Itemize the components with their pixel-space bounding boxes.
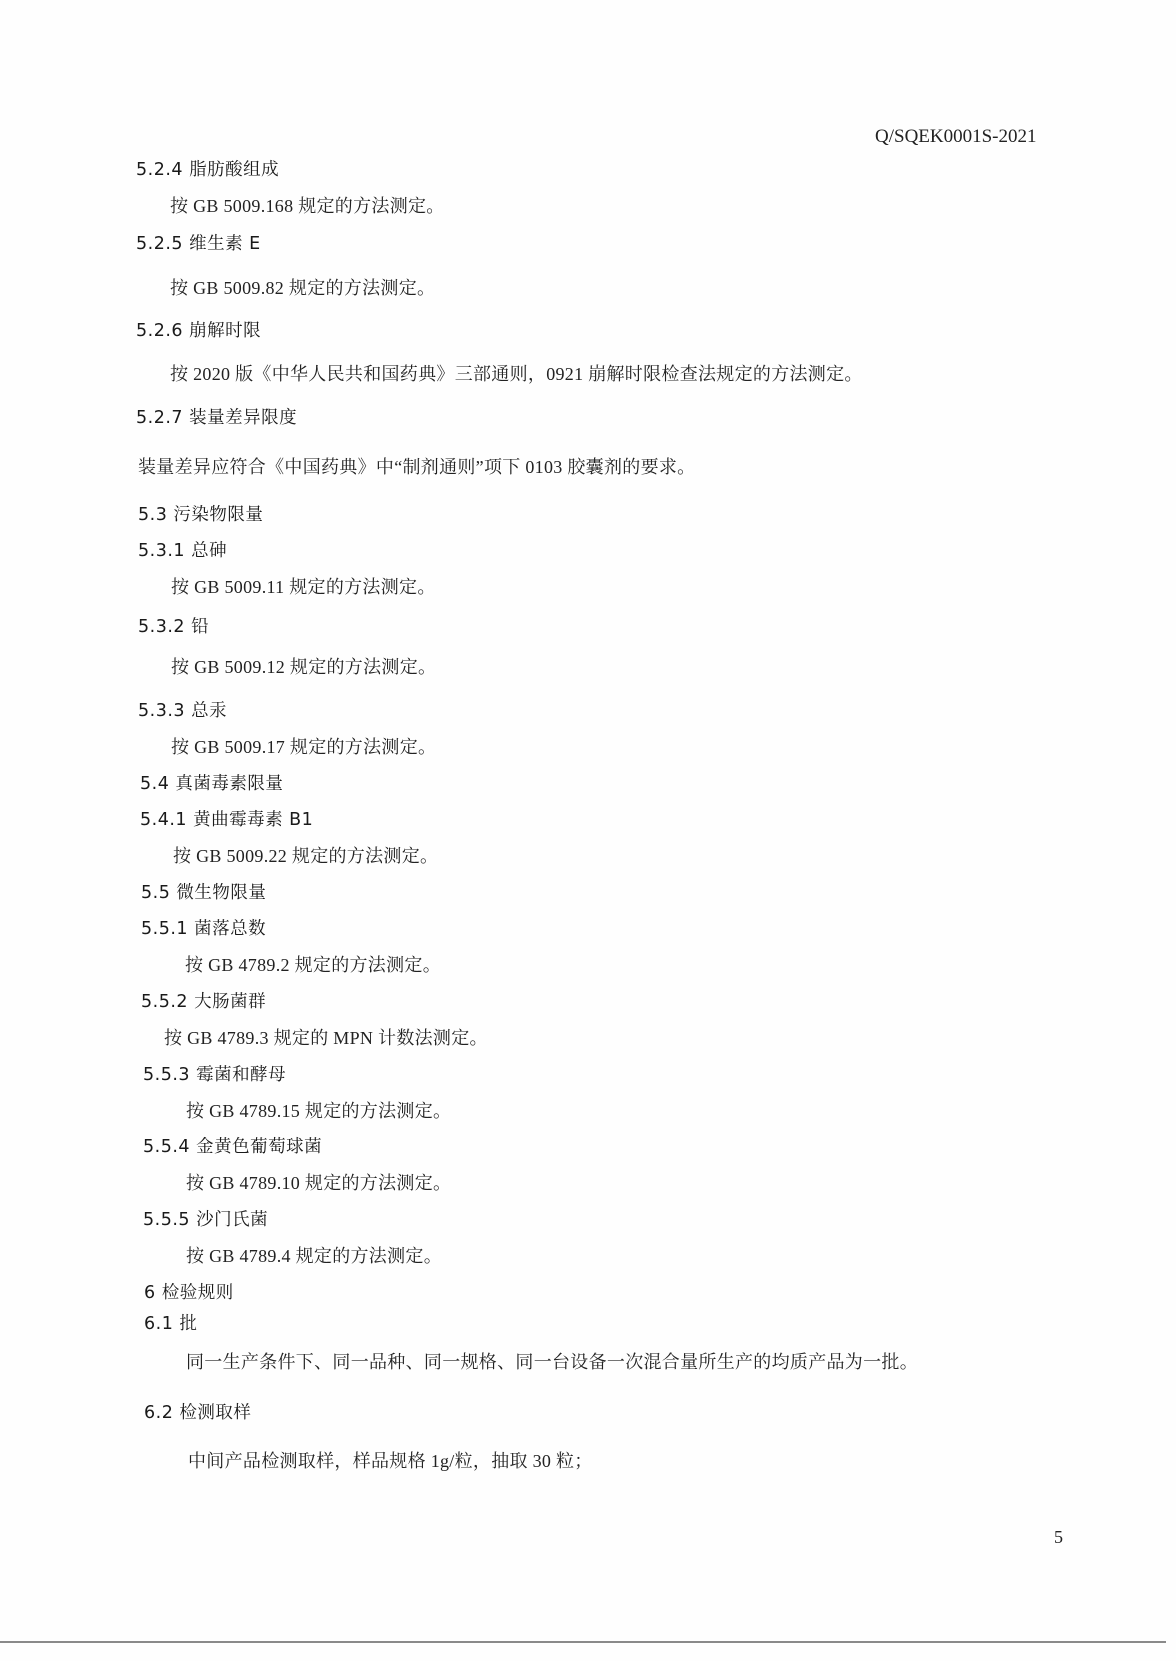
section-heading: 6.2 检测取样 — [144, 1401, 251, 1425]
body-paragraph: 按 GB 5009.168 规定的方法测定。 — [170, 194, 445, 218]
section-heading: 6.1 批 — [144, 1312, 197, 1336]
document-number: Q/SQEK0001S-2021 — [875, 126, 1037, 148]
body-paragraph: 按 GB 5009.17 规定的方法测定。 — [171, 735, 436, 759]
body-paragraph: 按 GB 5009.22 规定的方法测定。 — [173, 844, 438, 868]
section-heading: 5.5.1 菌落总数 — [141, 917, 266, 941]
section-heading: 5.3 污染物限量 — [138, 503, 263, 527]
section-heading: 5.3.2 铅 — [138, 615, 209, 639]
body-paragraph: 按 GB 4789.3 规定的 MPN 计数法测定。 — [164, 1026, 488, 1050]
section-heading: 5.5.4 金黄色葡萄球菌 — [143, 1135, 322, 1159]
section-heading: 5.2.6 崩解时限 — [136, 319, 261, 343]
section-heading: 5.2.7 装量差异限度 — [136, 406, 297, 430]
body-paragraph: 按 2020 版《中华人民共和国药典》三部通则，0921 崩解时限检查法规定的方… — [170, 362, 863, 386]
section-heading: 5.4.1 黄曲霉毒素 B1 — [140, 808, 313, 832]
section-heading: 5.2.4 脂肪酸组成 — [136, 158, 279, 182]
body-paragraph: 按 GB 4789.2 规定的方法测定。 — [185, 953, 441, 977]
section-heading: 5.4 真菌毒素限量 — [140, 772, 283, 796]
body-paragraph: 按 GB 5009.11 规定的方法测定。 — [171, 575, 436, 599]
body-paragraph: 装量差异应符合《中国药典》中“制剂通则”项下 0103 胶囊剂的要求。 — [138, 455, 695, 479]
section-heading: 6 检验规则 — [144, 1281, 234, 1305]
body-paragraph: 按 GB 5009.12 规定的方法测定。 — [171, 655, 436, 679]
section-heading: 5.5.5 沙门氏菌 — [143, 1208, 268, 1232]
section-heading: 5.2.5 维生素 E — [136, 232, 261, 256]
bottom-rule — [0, 1641, 1166, 1643]
body-paragraph: 按 GB 4789.4 规定的方法测定。 — [186, 1244, 442, 1268]
body-paragraph: 按 GB 4789.15 规定的方法测定。 — [186, 1099, 451, 1123]
section-heading: 5.5 微生物限量 — [141, 881, 266, 905]
section-heading: 5.5.2 大肠菌群 — [141, 990, 266, 1014]
body-paragraph: 按 GB 5009.82 规定的方法测定。 — [170, 276, 435, 300]
section-heading: 5.3.1 总砷 — [138, 539, 227, 563]
body-paragraph: 按 GB 4789.10 规定的方法测定。 — [186, 1171, 451, 1195]
body-paragraph: 中间产品检测取样，样品规格 1g/粒，抽取 30 粒； — [188, 1449, 593, 1473]
section-heading: 5.5.3 霉菌和酵母 — [143, 1063, 286, 1087]
section-heading: 5.3.3 总汞 — [138, 699, 227, 723]
page-number: 5 — [1054, 1527, 1063, 1548]
document-page: Q/SQEK0001S-2021 5.2.4 脂肪酸组成按 GB 5009.16… — [0, 0, 1176, 1661]
body-paragraph: 同一生产条件下、同一品种、同一规格、同一台设备一次混合量所生产的均质产品为一批。 — [186, 1350, 918, 1374]
